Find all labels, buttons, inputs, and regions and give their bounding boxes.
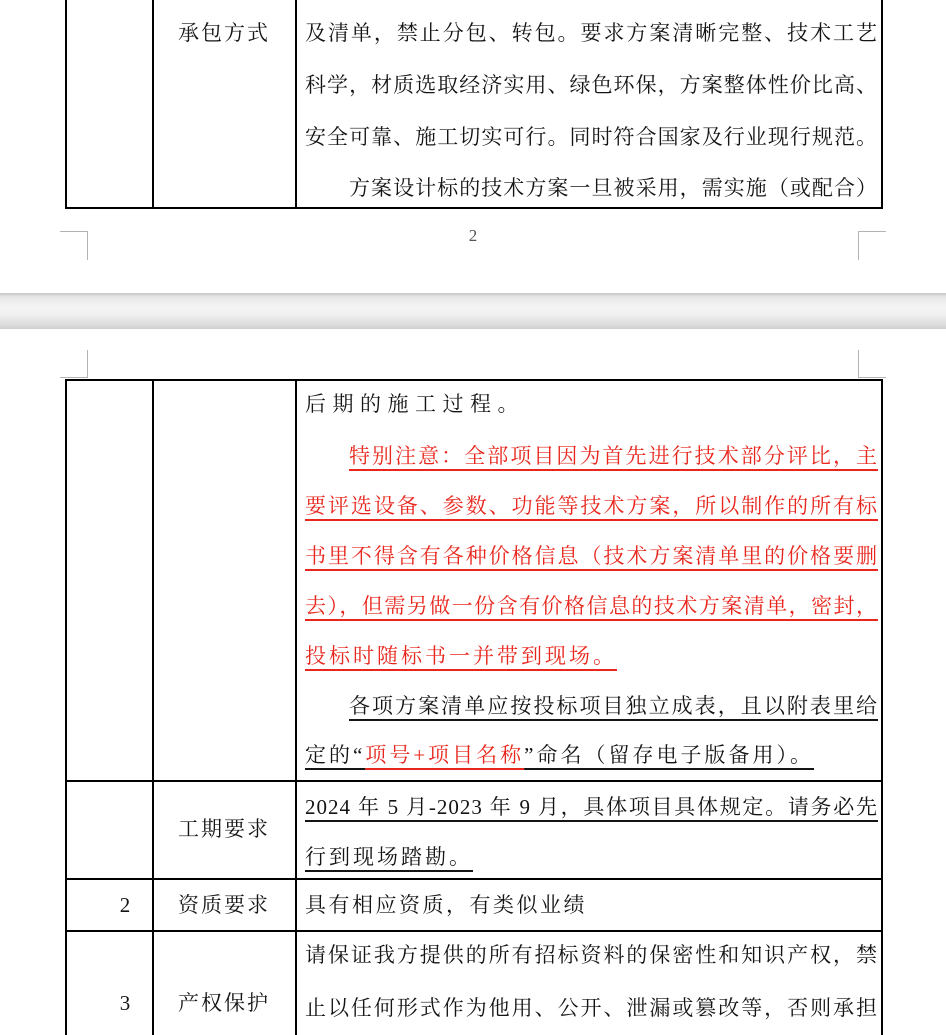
- table-border-col1: [152, 379, 154, 1035]
- doc-text-line-highlight[interactable]: 要评选设备、参数、功能等技术方案，所以制作的所有标: [305, 492, 878, 521]
- margin-corner-mark: [60, 377, 88, 378]
- table-row-border: [65, 878, 883, 880]
- doc-text-line-highlight[interactable]: 投标时随标书一并带到现场。: [305, 642, 878, 671]
- doc-text-line[interactable]: 2024 年 5 月-2023 年 9 月，具体项目具体规定。请务必先: [305, 793, 878, 822]
- table-border-col2: [295, 0, 297, 209]
- table-border-right: [881, 0, 883, 209]
- doc-text-line[interactable]: 方案设计标的技术方案一旦被采用，需实施（或配合）: [305, 174, 878, 203]
- table-border-bottom: [65, 207, 883, 209]
- cell-label-ip-protection[interactable]: 产权保护: [153, 989, 295, 1018]
- table-border-col2: [295, 379, 297, 1035]
- doc-text-line-highlight[interactable]: 特别注意：全部项目因为首先进行技术部分评比，主: [305, 442, 878, 471]
- text-segment: 定的“: [305, 743, 365, 767]
- page-number-footer: 2: [0, 225, 946, 247]
- doc-text-line[interactable]: 科学，材质选取经济实用、绿色环保，方案整体性价比高、: [305, 71, 878, 100]
- cell-label-schedule[interactable]: 工期要求: [153, 815, 295, 844]
- text-segment-red: 项号+项目名称: [365, 743, 524, 767]
- doc-text-line[interactable]: 及清单，禁止分包、转包。要求方案清晰完整、技术工艺: [305, 19, 878, 48]
- doc-text-line[interactable]: 请保证我方提供的所有招标资料的保密性和知识产权，禁: [305, 941, 878, 970]
- margin-corner-mark: [858, 350, 859, 378]
- doc-text-line-mixed[interactable]: 定的“项号+项目名称”命名（留存电子版备用）。: [305, 741, 878, 770]
- doc-text-line[interactable]: 行到现场踏勘。: [305, 843, 878, 872]
- word-document-view: 承包方式 及清单，禁止分包、转包。要求方案清晰完整、技术工艺 科学，材质选取经济…: [0, 0, 946, 1035]
- page-gap: [0, 293, 946, 329]
- table-row-border: [65, 930, 883, 932]
- cell-label-contract-method[interactable]: 承包方式: [153, 19, 295, 48]
- margin-corner-mark: [858, 377, 886, 378]
- margin-corner-mark: [87, 350, 88, 378]
- table-row-border: [65, 780, 883, 782]
- table-border-left: [65, 0, 67, 209]
- text-segment: ”命名（留存电子版备用）。: [524, 743, 814, 767]
- table-border-top: [65, 379, 883, 381]
- doc-text-line[interactable]: 后期的施工过程。: [305, 390, 878, 419]
- doc-text-line[interactable]: 具有相应资质，有类似业绩: [305, 891, 878, 920]
- table-border-left: [65, 379, 67, 1035]
- cell-label-qualification[interactable]: 资质要求: [153, 891, 295, 920]
- doc-text-line[interactable]: 安全可靠、施工切实可行。同时符合国家及行业现行规范。: [305, 123, 878, 152]
- doc-text-line-highlight[interactable]: 去），但需另做一份含有价格信息的技术方案清单，密封，: [305, 592, 878, 621]
- doc-text-line[interactable]: 止以任何形式作为他用、公开、泄漏或篡改等，否则承担: [305, 994, 878, 1023]
- doc-text-line[interactable]: 各项方案清单应按投标项目独立成表，且以附表里给: [305, 692, 878, 721]
- table-border-right: [881, 379, 883, 1035]
- doc-text-line-highlight[interactable]: 书里不得含有各种价格信息（技术方案清单里的价格要删: [305, 542, 878, 571]
